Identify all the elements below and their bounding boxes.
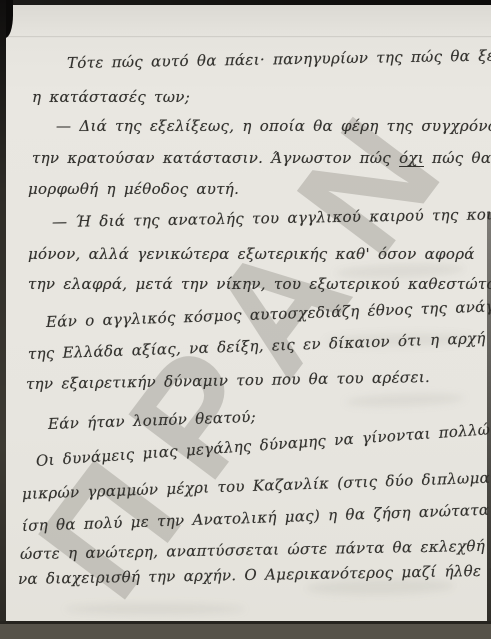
manuscript-line: ίση θα πολύ με την Ανατολική μας) η θα ζ… [22, 501, 490, 535]
manuscript-scan: ΠΡΑΝ Τότε πώς αυτό θα πάει· πανηγυρίων τ… [0, 0, 491, 639]
underlined-word: όχι [399, 149, 424, 167]
manuscript-line: της Ελλάδα αξίας, να δείξη, εις εν δίκαι… [28, 329, 486, 363]
scan-edge-right [487, 212, 491, 624]
manuscript-line: μικρών γραμμών μέχρι του Καζανλίκ (στις … [22, 467, 491, 503]
scan-edge-top [0, 0, 491, 5]
manuscript-line: την κρατούσαν κατάστασιν. Άγνωστον πώς ό… [32, 149, 491, 167]
manuscript-page: ΠΡΑΝ Τότε πώς αυτό θα πάει· πανηγυρίων τ… [5, 4, 491, 624]
manuscript-line: μορφωθή η μέθοδος αυτή. [28, 180, 239, 198]
manuscript-line: Εάν ήταν λοιπόν θεατού; [48, 408, 257, 433]
manuscript-line: — Ή διά της ανατολής του αγγλικού καιρού… [52, 205, 491, 231]
manuscript-line: — Διά της εξελίξεως, η οποία θα φέρη της… [56, 117, 491, 135]
manuscript-lines: Τότε πώς αυτό θα πάει· πανηγυρίων της πώ… [5, 4, 491, 624]
manuscript-line: ώστε η ανώτερη, αναπτύσσεται ώστε πάντα … [20, 537, 485, 563]
manuscript-line: Εάν ο αγγλικός κόσμος αυτοσχεδιάζη έθνος… [46, 296, 491, 331]
scan-edge-left [0, 0, 6, 639]
manuscript-line: την εξαιρετικήν δύναμιν του που θα του α… [26, 368, 430, 393]
manuscript-line: Τότε πώς αυτό θα πάει· πανηγυρίων της πώ… [67, 45, 491, 72]
manuscript-line: την ελαφρά, μετά την νίκην, του εξωτερικ… [28, 275, 491, 293]
manuscript-line: η κατάστασές των; [32, 88, 190, 106]
manuscript-line: να διαχειρισθή την αρχήν. Ο Αμερικανότερ… [18, 560, 491, 588]
manuscript-line: μόνον, αλλά γενικώτερα εξωτερικής καθ' ό… [28, 245, 475, 263]
scan-edge-bottom [0, 621, 491, 639]
